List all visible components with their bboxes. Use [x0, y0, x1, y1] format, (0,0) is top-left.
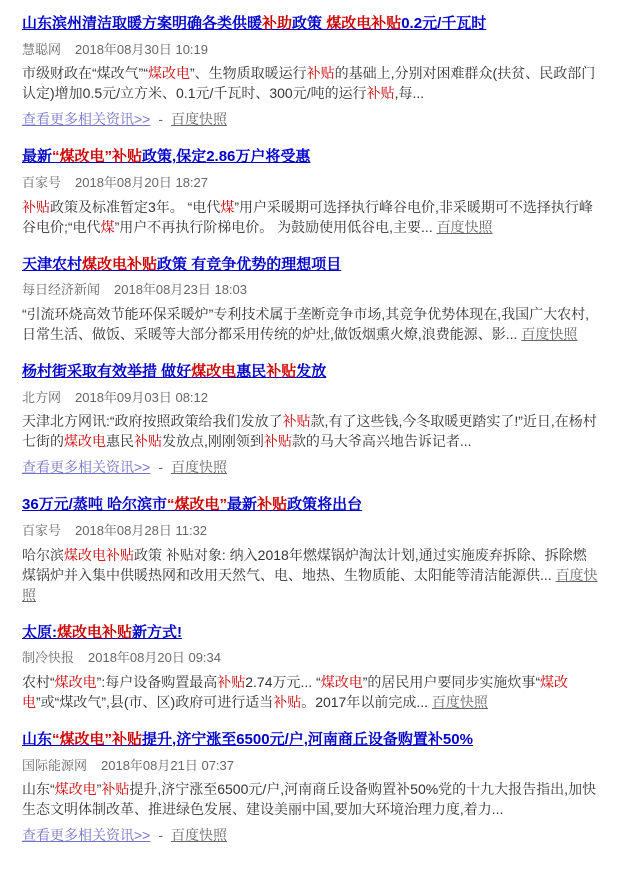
snippet-highlight: 补贴 — [283, 413, 311, 429]
snippet-highlight: 煤 — [220, 199, 234, 215]
result-source: 制冷快报 — [22, 650, 74, 665]
search-result: 山东“煤改电”补贴提升,济宁涨至6500元/户,河南商丘设备购置补50%国际能源… — [22, 731, 600, 845]
more-related-news-link[interactable]: 查看更多相关资讯>> — [22, 459, 150, 475]
search-result: 天津农村煤改电补贴政策 有竞争优势的理想项目每日经济新闻2018年08月23日 … — [22, 256, 600, 344]
snippet-highlight: 补贴 — [273, 694, 301, 710]
result-snippet: 哈尔滨煤改电补贴政策 补贴对象: 纳入2018年燃煤锅炉淘汰计划,通过实施废弃拆… — [22, 545, 600, 605]
snippet-text: ”的居民用户要同步实施炊事“ — [363, 674, 540, 690]
more-related-news-link[interactable]: 查看更多相关资讯>> — [22, 827, 150, 843]
separator-dash: - — [158, 459, 163, 475]
baidu-snapshot-link[interactable]: 百度快照 — [171, 459, 227, 475]
result-snippet: 农村“煤改电”:每户设备购置最高补贴2.74万元... “煤改电”的居民用户要同… — [22, 672, 600, 712]
result-meta-line: 每日经济新闻2018年08月23日 18:03 — [22, 282, 600, 298]
results-list: 山东滨州清洁取暖方案明确各类供暖补助政策 煤改电补贴0.2元/千瓦时慧聪网201… — [22, 15, 600, 845]
baidu-snapshot-link[interactable]: 百度快照 — [521, 326, 577, 342]
baidu-news-results-page: 山东滨州清洁取暖方案明确各类供暖补助政策 煤改电补贴0.2元/千瓦时慧聪网201… — [0, 0, 624, 872]
more-related-line: 查看更多相关资讯>>-百度快照 — [22, 457, 600, 477]
result-meta-line: 百家号2018年08月28日 11:32 — [22, 523, 600, 539]
result-title-link[interactable]: 太原:煤改电补贴新方式! — [22, 624, 182, 641]
result-date: 2018年08月28日 11:32 — [75, 523, 207, 538]
title-text: 天津农村 — [22, 256, 82, 273]
more-related-line: 查看更多相关资讯>>-百度快照 — [22, 825, 600, 845]
snippet-highlight: 煤改电 — [321, 674, 363, 690]
result-snippet: “引流环烧高效节能环保采暖炉”专利技术属于垄断竞争市场,其竞争优势体现在,我国广… — [22, 304, 600, 344]
title-text: 太原: — [22, 624, 57, 641]
title-highlight: 补贴 — [266, 363, 296, 380]
result-title-link[interactable]: 最新“煤改电”补贴政策,保定2.86万户将受惠 — [22, 148, 310, 165]
snippet-highlight: 补贴 — [101, 781, 129, 797]
snippet-text: 发放点,刚刚领到 — [162, 433, 264, 449]
title-text: 山东滨州清洁取暖方案明确各类供暖 — [22, 15, 262, 32]
snippet-highlight: 补贴 — [22, 199, 50, 215]
title-text: 0.2元/千瓦时 — [401, 15, 486, 32]
result-source: 百家号 — [22, 175, 61, 190]
result-title-link[interactable]: 山东滨州清洁取暖方案明确各类供暖补助政策 煤改电补贴0.2元/千瓦时 — [22, 15, 486, 32]
snippet-highlight: 补贴 — [134, 433, 162, 449]
title-text: 提升,济宁涨至6500元/户,河南商丘设备购置补50% — [142, 731, 473, 748]
title-text: 政策 — [292, 15, 326, 32]
title-highlight: 补贴 — [257, 496, 287, 513]
result-snippet: 补贴政策及标准暂定3年。 “电代煤”用户采暖期可选择执行峰谷电价,非采暖期可不选… — [22, 197, 600, 237]
result-date: 2018年08月21日 07:37 — [101, 758, 234, 773]
baidu-snapshot-link[interactable]: 百度快照 — [432, 694, 488, 710]
result-title-link[interactable]: 天津农村煤改电补贴政策 有竞争优势的理想项目 — [22, 256, 341, 273]
baidu-snapshot-link[interactable]: 百度快照 — [171, 827, 227, 843]
search-result: 太原:煤改电补贴新方式!制冷快报2018年08月20日 09:34农村“煤改电”… — [22, 624, 600, 712]
snippet-text: ”、生物质取暖运行 — [190, 65, 307, 81]
title-text: 政策,保定2.86万户将受惠 — [142, 148, 310, 165]
result-date: 2018年08月20日 09:34 — [88, 650, 221, 665]
result-snippet: 天津北方网讯:“政府按照政策给我们发放了补贴款,有了这些钱,今冬取暖更踏实了!”… — [22, 411, 600, 451]
result-date: 2018年08月23日 18:03 — [114, 282, 247, 297]
snippet-text: “引流环烧高效节能环保采暖炉”专利技术属于垄断竞争市场,其竞争优势体现在,我国广… — [22, 306, 589, 342]
title-highlight: 补助 — [262, 15, 292, 32]
result-meta-line: 慧聪网2018年08月30日 10:19 — [22, 42, 600, 58]
result-snippet: 山东“煤改电”补贴提升,济宁涨至6500元/户,河南商丘设备购置补50%党的十九… — [22, 779, 600, 819]
result-source: 北方网 — [22, 390, 61, 405]
result-source: 国际能源网 — [22, 758, 87, 773]
result-title: 山东滨州清洁取暖方案明确各类供暖补助政策 煤改电补贴0.2元/千瓦时 — [22, 15, 600, 34]
title-text: 惠民 — [236, 363, 266, 380]
title-highlight: 煤改电补贴 — [57, 624, 132, 641]
snippet-highlight: 煤改电补贴 — [64, 547, 134, 563]
snippet-highlight: 煤改电 — [55, 674, 97, 690]
title-highlight: “煤改电”补贴 — [52, 731, 142, 748]
snippet-highlight: 煤 — [101, 219, 115, 235]
snippet-text: 山东“ — [22, 781, 55, 797]
result-date: 2018年08月30日 10:19 — [75, 42, 208, 57]
snippet-text: 2.74万元... “ — [245, 674, 320, 690]
result-title: 太原:煤改电补贴新方式! — [22, 624, 600, 643]
snippet-text: ,每... — [395, 85, 425, 101]
more-related-line: 查看更多相关资讯>>-百度快照 — [22, 109, 600, 129]
snippet-text: 市级财政在“煤改气”“ — [22, 65, 148, 81]
title-text: 新方式! — [132, 624, 182, 641]
title-text: 杨村街采取有效举措 做好 — [22, 363, 191, 380]
result-meta-line: 国际能源网2018年08月21日 07:37 — [22, 758, 600, 774]
result-date: 2018年08月20日 18:27 — [75, 175, 208, 190]
search-result: 36万元/蒸吨 哈尔滨市“煤改电”最新补贴政策将出台百家号2018年08月28日… — [22, 496, 600, 604]
snippet-highlight: 补贴 — [217, 674, 245, 690]
title-highlight: “煤改电”补贴 — [52, 148, 142, 165]
snippet-text: 惠民 — [106, 433, 134, 449]
result-title-link[interactable]: 杨村街采取有效举措 做好煤改电惠民补贴发放 — [22, 363, 326, 380]
snippet-highlight: 煤改电 — [55, 781, 97, 797]
snippet-text: ”:每户设备购置最高 — [97, 674, 218, 690]
result-source: 慧聪网 — [22, 42, 61, 57]
snippet-text: 哈尔滨 — [22, 547, 64, 563]
result-date: 2018年09月03日 08:12 — [75, 390, 208, 405]
result-source: 每日经济新闻 — [22, 282, 100, 297]
search-result: 山东滨州清洁取暖方案明确各类供暖补助政策 煤改电补贴0.2元/千瓦时慧聪网201… — [22, 15, 600, 129]
title-highlight: 煤改电补贴 — [82, 256, 157, 273]
snippet-text: 款的马大爷高兴地告诉记者... — [292, 433, 472, 449]
separator-dash: - — [158, 827, 163, 843]
title-text: 最新 — [22, 148, 52, 165]
snippet-text: 天津北方网讯:“政府按照政策给我们发放了 — [22, 413, 283, 429]
result-title: 山东“煤改电”补贴提升,济宁涨至6500元/户,河南商丘设备购置补50% — [22, 731, 600, 750]
snippet-text: 。2017年以前完成... — [301, 694, 428, 710]
separator-dash: - — [158, 111, 163, 127]
result-title-link[interactable]: 36万元/蒸吨 哈尔滨市“煤改电”最新补贴政策将出台 — [22, 496, 362, 513]
result-meta-line: 北方网2018年09月03日 08:12 — [22, 390, 600, 406]
title-text: 山东 — [22, 731, 52, 748]
result-title: 杨村街采取有效举措 做好煤改电惠民补贴发放 — [22, 363, 600, 382]
snippet-highlight: 煤改电 — [148, 65, 190, 81]
result-title: 天津农村煤改电补贴政策 有竞争优势的理想项目 — [22, 256, 600, 275]
search-result: 最新“煤改电”补贴政策,保定2.86万户将受惠百家号2018年08月20日 18… — [22, 148, 600, 236]
result-title: 36万元/蒸吨 哈尔滨市“煤改电”最新补贴政策将出台 — [22, 496, 600, 515]
title-highlight: “煤改电” — [167, 496, 227, 513]
title-text: 发放 — [296, 363, 326, 380]
snippet-text: ”或“煤改气”,县(市、区)政府可进行适当 — [36, 694, 273, 710]
title-text: 最新 — [227, 496, 257, 513]
snippet-highlight: 补贴 — [264, 433, 292, 449]
result-title-link[interactable]: 山东“煤改电”补贴提升,济宁涨至6500元/户,河南商丘设备购置补50% — [22, 731, 473, 748]
title-text: 政策 有竞争优势的理想项目 — [157, 256, 341, 273]
more-related-news-link[interactable]: 查看更多相关资讯>> — [22, 111, 150, 127]
result-source: 百家号 — [22, 523, 61, 538]
snippet-highlight: 煤改电 — [64, 433, 106, 449]
snippet-text: ”用户不再执行阶梯电价。 为鼓励使用低谷电,主要... — [115, 219, 433, 235]
snippet-text: 政策及标准暂定3年。 “电代 — [50, 199, 220, 215]
baidu-snapshot-link[interactable]: 百度快照 — [171, 111, 227, 127]
title-text: 36万元/蒸吨 哈尔滨市 — [22, 496, 167, 513]
baidu-snapshot-link[interactable]: 百度快照 — [437, 219, 493, 235]
snippet-text: 农村“ — [22, 674, 55, 690]
search-result: 杨村街采取有效举措 做好煤改电惠民补贴发放北方网2018年09月03日 08:1… — [22, 363, 600, 477]
result-title: 最新“煤改电”补贴政策,保定2.86万户将受惠 — [22, 148, 600, 167]
title-highlight: 煤改电 — [191, 363, 236, 380]
result-meta-line: 制冷快报2018年08月20日 09:34 — [22, 650, 600, 666]
title-text: 政策将出台 — [287, 496, 362, 513]
result-meta-line: 百家号2018年08月20日 18:27 — [22, 175, 600, 191]
snippet-highlight: 补贴 — [367, 85, 395, 101]
snippet-highlight: 补贴 — [307, 65, 335, 81]
title-highlight: 煤改电补贴 — [326, 15, 401, 32]
result-snippet: 市级财政在“煤改气”“煤改电”、生物质取暖运行补贴的基础上,分别对困难群众(扶贫… — [22, 63, 600, 103]
